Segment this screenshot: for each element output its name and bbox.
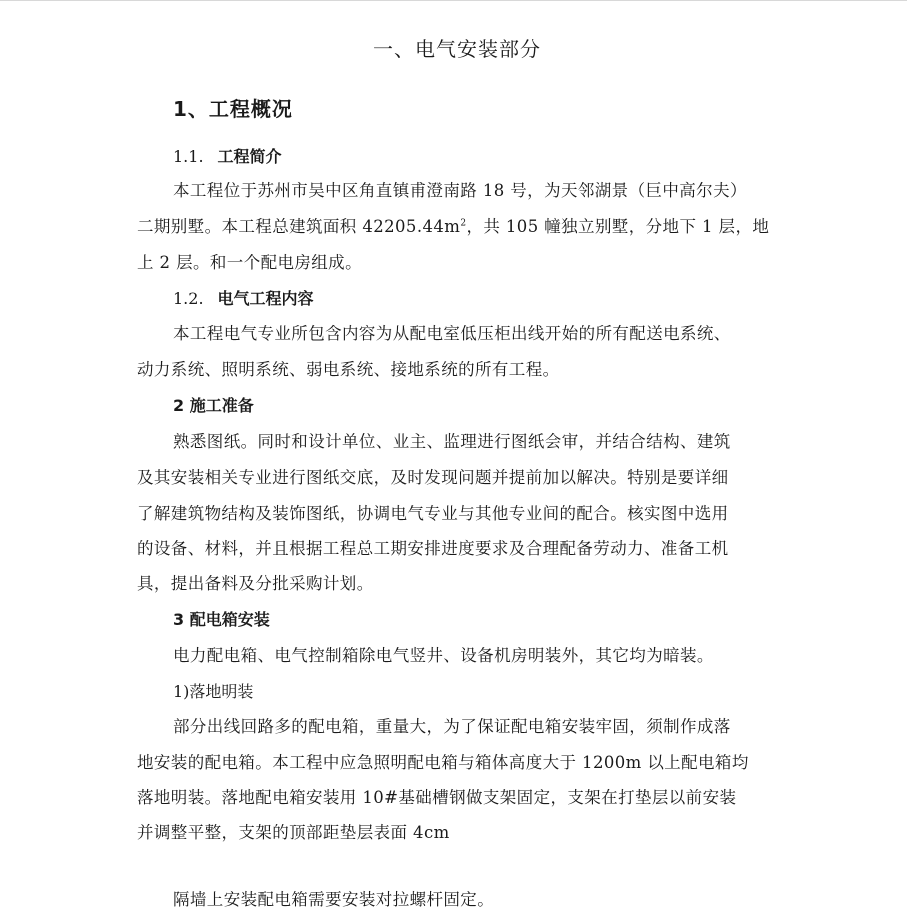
paragraph-line: 具，提出备料及分批采购计划。 [137, 573, 374, 595]
paragraph-line: 并调整平整，支架的顶部距垫层表面 4cm [137, 822, 450, 844]
paragraph-line: 地安装的配电箱。本工程中应急照明配电箱与箱体高度大于 1200m 以上配电箱均 [137, 752, 749, 774]
subsection-label: 电气工程内容 [218, 289, 314, 308]
paragraph-line: 及其安装相关专业进行图纸交底，及时发现问题并提前加以解决。特别是要详细 [137, 467, 729, 489]
paragraph-line: 落地明装。落地配电箱安装用 10#基础槽钢做支架固定，支架在打垫层以前安装 [137, 787, 736, 809]
section-3-heading: 3 配电箱安装 [173, 609, 270, 631]
item-1-label: 1)落地明装 [173, 681, 253, 703]
paragraph-line: 电力配电箱、电气控制箱除电气竖井、设备机房明装外，其它均为暗装。 [137, 645, 714, 667]
paragraph-line: 的设备、材料，并且根据工程总工期安排进度要求及合理配备劳动力、准备工机 [137, 538, 729, 560]
subsection-1-2-heading: 1.2.电气工程内容 [173, 288, 314, 310]
paragraph-line: 本工程电气专业所包含内容为从配电室低压柜出线开始的所有配送电系统、 [137, 323, 731, 345]
subsection-1-1-heading: 1.1.工程简介 [173, 146, 282, 168]
section-2-heading: 2 施工准备 [173, 395, 254, 417]
paragraph-line: 部分出线回路多的配电箱，重量大，为了保证配电箱安装牢固，须制作成落 [137, 716, 731, 738]
paragraph-line: 动力系统、照明系统、弱电系统、接地系统的所有工程。 [137, 359, 560, 381]
wall-mount-note: 隔墙上安装配电箱需要安装对拉螺杆固定。 [137, 889, 494, 911]
paragraph-line: 本工程位于苏州市吴中区角直镇甫澄南路 18 号，为天邻湖景（巨中高尔夫） [137, 180, 747, 202]
subsection-number: 1.2. [173, 289, 204, 308]
paragraph-line: 了解建筑物结构及装饰图纸，协调电气专业与其他专业间的配合。核实图中选用 [137, 503, 729, 525]
paragraph-line: 二期别墅。本工程总建筑面积 42205.44m2，共 105 幢独立别墅，分地下… [137, 216, 769, 238]
subsection-number: 1.1. [173, 147, 204, 166]
section-1-heading: 1、工程概况 [173, 96, 293, 122]
subsection-label: 工程简介 [218, 147, 282, 166]
paragraph-line: 熟悉图纸。同时和设计单位、业主、监理进行图纸会审，并结合结构、建筑 [137, 431, 731, 453]
document-title: 一、电气安装部分 [137, 36, 777, 62]
paragraph-line: 上 2 层。和一个配电房组成。 [137, 252, 362, 274]
page-top-border [0, 0, 907, 1]
